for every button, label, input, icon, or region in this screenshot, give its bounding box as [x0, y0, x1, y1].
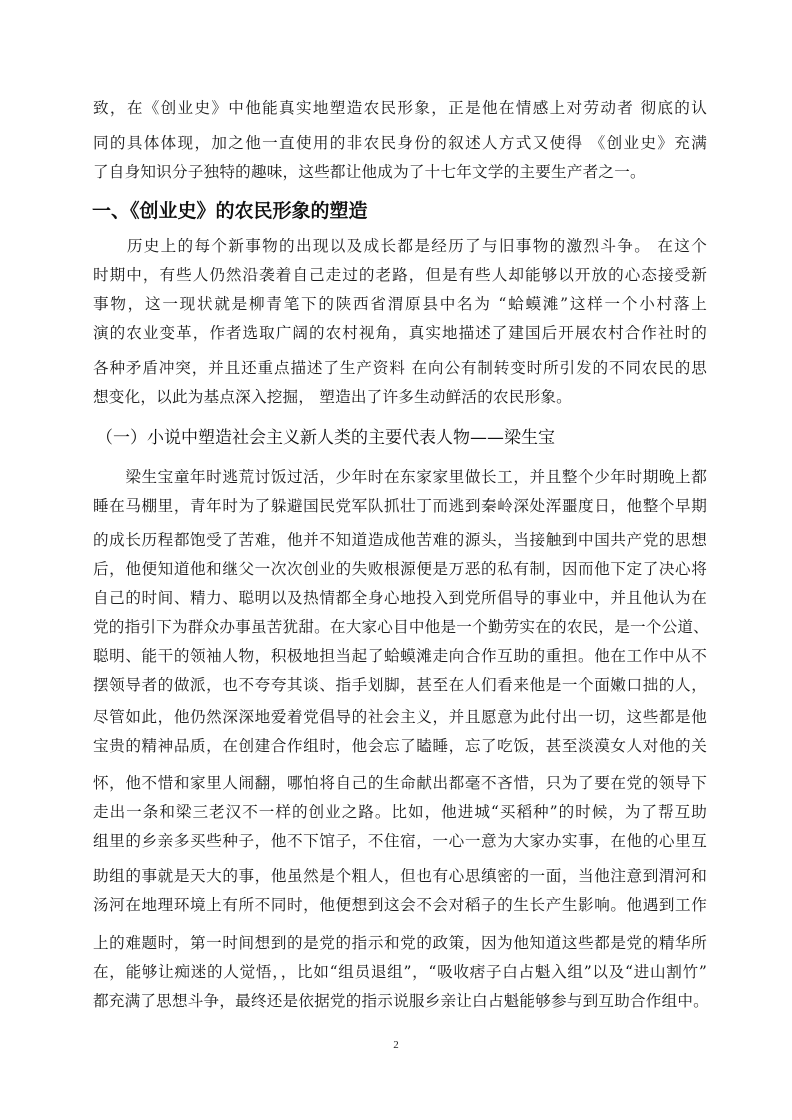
paragraph-line: 宝贵的精神品质，在创建合作组时，他会忘了瞌睡，忘了吃饭，甚至淡漠女人对他的关 [93, 736, 707, 756]
paragraph-line: 组里的乡亲多买些种子，他不下馆子，不住宿，一心一意为大家办实事，在他的心里互 [93, 831, 707, 851]
paragraph-line: 聪明、能干的领袖人物，积极地担当起了蛤蟆滩走向合作互助的重担。他在工作中从不 [93, 646, 707, 666]
paragraph-line: 助组的事就是天大的事，他虽然是个粗人，但也有心思缜密的一面，当他注意到渭河和 [93, 866, 707, 886]
paragraph-line: 想变化，以此为基点深入挖掘， 塑造出了许多生动鲜活的农民形象。 [93, 387, 707, 407]
paragraph-line: 在，能够让痴迷的人觉悟，，比如“组员退组”，“吸收痞子白占魁入组”以及“进山割竹… [93, 962, 707, 982]
paragraph-line: 的成长历程都饱受了苦难，他并不知道造成他苦难的源头，当接触到中国共产党的思想 [93, 530, 707, 550]
paragraph-line: 睡在马棚里，青年时为了躲避国民党军队抓壮丁而逃到秦岭深处浑噩度日，他整个早期 [93, 496, 707, 516]
section-heading: 一、《创业史》的农民形象的塑造 [92, 199, 368, 223]
page-number: 2 [0, 1039, 792, 1051]
paragraph-line: 同的具体体现，加之他一直使用的非农民身份的叙述人方式又使得 《创业史》充满 [93, 133, 707, 153]
paragraph-line: 尽管如此，他仍然深深地爱着党倡导的社会主义，并且愿意为此付出一切，这些都是他 [93, 707, 707, 727]
paragraph-line: 自己的时间、精力、聪明以及热情都全身心地投入到党所倡导的事业中，并且他认为在 [93, 588, 707, 608]
paragraph-line: 党的指引下为群众办事虽苦犹甜。在大家心目中他是一个勤劳实在的农民，是一个公道、 [93, 617, 707, 637]
paragraph-line: 时期中，有些人仍然沿袭着自己走过的老路，但是有些人却能够以开放的心态接受新 [93, 265, 707, 285]
paragraph-line: 后，他便知道他和继父一次次创业的失败根源便是万恶的私有制，因而他下定了决心将 [93, 559, 707, 579]
paragraph-line: 梁生宝童年时逃荒讨饭过活，少年时在东家家里做长工，并且整个少年时期晚上都 [93, 467, 707, 487]
paragraph-line: 各种矛盾冲突，并且还重点描述了生产资料 在向公有制转变时所引发的不同农民的思 [93, 358, 707, 378]
paragraph-line: 了自身知识分子独特的趣味，这些都让他成为了十七年文学的主要生产者之一。 [93, 162, 707, 182]
paragraph-line: 事物，这一现状就是柳青笔下的陕西省渭原县中名为 “蛤蟆滩”这样一个小村落上 [93, 294, 707, 314]
paragraph-line: 致，在《创业史》中他能真实地塑造农民形象，正是他在情感上对劳动者 彻底的认 [93, 98, 707, 118]
paragraph-line: 摆领导者的做派，也不夸夸其谈、指手划脚，甚至在人们看来他是一个面嫩口拙的人， [93, 675, 707, 695]
paragraph-line: 汤河在地理环境上有所不同时，他便想到这会不会对稻子的生长产生影响。他遇到工作 [93, 895, 707, 915]
subsection-heading: （一）小说中塑造社会主义新人类的主要代表人物——梁生宝 [96, 427, 555, 449]
paragraph-line: 都充满了思想斗争，最终还是依据党的指示说服乡亲让白占魁能够参与到互助合作组中。 [93, 991, 707, 1011]
paragraph-line: 历史上的每个新事物的出现以及成长都是经历了与旧事物的激烈斗争。 在这个 [93, 236, 707, 256]
paragraph-line: 怀，他不惜和家里人闹翻，哪怕将自己的生命献出都毫不吝惜，只为了要在党的领导下 [93, 773, 707, 793]
document-page: 致，在《创业史》中他能真实地塑造农民形象，正是他在情感上对劳动者 彻底的认 同的… [0, 0, 792, 1120]
paragraph-line: 演的农业变革，作者选取广阔的农村视角，真实地描述了建国后开展农村合作社时的 [93, 323, 707, 343]
paragraph-line: 上的难题时，第一时间想到的是党的指示和党的政策，因为他知道这些都是党的精华所 [93, 933, 707, 953]
paragraph-line: 走出一条和梁三老汉不一样的创业之路。比如，他进城“买稻种”的时候，为了帮互助 [93, 802, 707, 822]
